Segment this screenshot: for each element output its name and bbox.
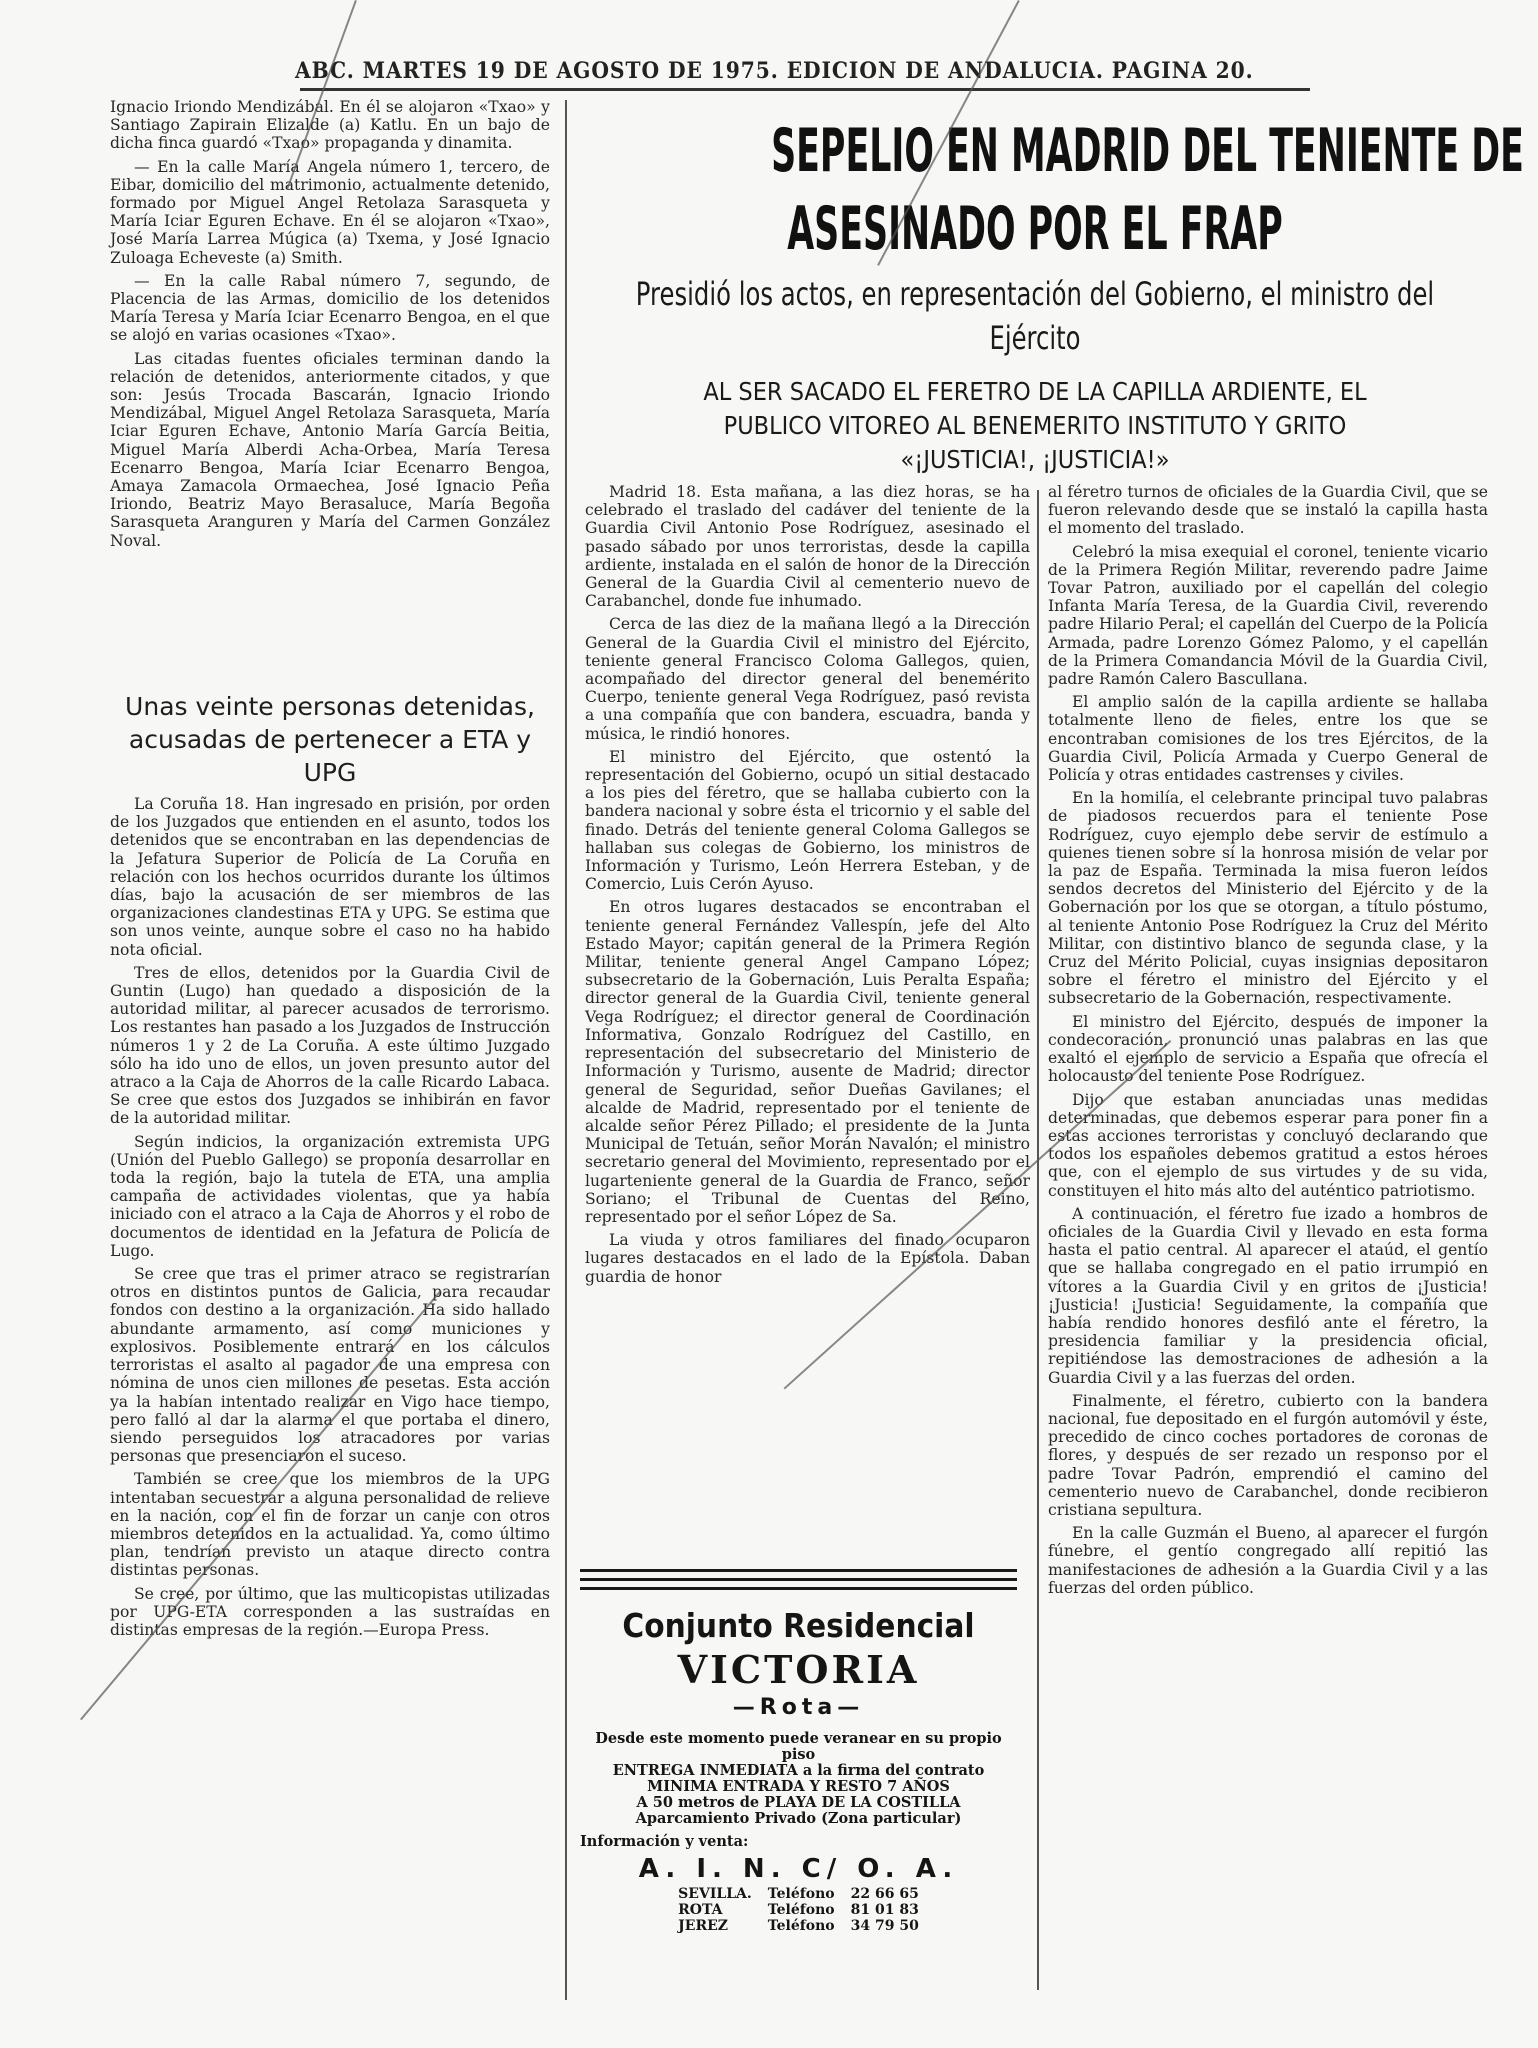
paragraph: Las citadas fuentes oficiales terminan d…: [110, 350, 550, 550]
paragraph: Según indicios, la organización extremis…: [110, 1133, 550, 1260]
ad-border-rules: [580, 1569, 1017, 1596]
paragraph: Se cree que tras el primer atraco se reg…: [110, 1265, 550, 1465]
paragraph: Dijo que estaban anunciadas unas medidas…: [1048, 1091, 1488, 1200]
paragraph: También se cree que los miembros de la U…: [110, 1470, 550, 1579]
contact-phone: 81 01 83: [843, 1902, 927, 1918]
ad-line: Desde este momento puede veranear en su …: [580, 1731, 1017, 1763]
left-column-top: Ignacio Iriondo Mendizábal. En él se alo…: [110, 98, 550, 555]
kicker-line: PUBLICO VITOREO AL BENEMERITO INSTITUTO …: [626, 409, 1445, 443]
ad-line: A 50 metros de PLAYA DE LA COSTILLA: [580, 1795, 1017, 1811]
ad-line: ENTREGA INMEDIATA a la firma del contrat…: [580, 1763, 1017, 1779]
paragraph: La Coruña 18. Han ingresado en prisión, …: [110, 795, 550, 959]
paragraph: El ministro del Ejército, después de imp…: [1048, 1013, 1488, 1086]
paragraph: Finalmente, el féretro, cubierto con la …: [1048, 1392, 1488, 1519]
paragraph: Cerca de las diez de la mañana llegó a l…: [585, 615, 1030, 742]
ad-place: —Rota—: [580, 1693, 1017, 1723]
paragraph: El ministro del Ejército, que ostentó la…: [585, 748, 1030, 894]
paragraph: En otros lugares destacados se encontrab…: [585, 898, 1030, 1226]
kicker-line: «¡JUSTICIA!, ¡JUSTICIA!»: [626, 443, 1445, 477]
column-divider: [565, 100, 567, 2000]
main-article-middle-column: Madrid 18. Esta mañana, a las diez horas…: [585, 483, 1030, 1291]
newspaper-page: ABC. MARTES 19 DE AGOSTO DE 1975. EDICIO…: [0, 0, 1538, 2048]
contact-label: Teléfono: [760, 1886, 843, 1902]
masthead: ABC. MARTES 19 DE AGOSTO DE 1975. EDICIO…: [295, 58, 1233, 84]
kicker-line: AL SER SACADO EL FERETRO DE LA CAPILLA A…: [626, 375, 1445, 409]
paragraph: — En la calle Rabal número 7, segundo, d…: [110, 272, 550, 345]
paragraph: La viuda y otros familiares del finado o…: [585, 1231, 1030, 1286]
contact-phone: 22 66 65: [843, 1886, 927, 1902]
contact-city: ROTA: [670, 1902, 760, 1918]
paragraph: En la calle Guzmán el Bueno, al aparecer…: [1048, 1524, 1488, 1597]
paragraph: — En la calle María Angela número 1, ter…: [110, 158, 550, 267]
contact-label: Teléfono: [760, 1918, 843, 1934]
ad-company: A. I. N. C/ O. A.: [580, 1854, 1017, 1884]
ad-info-label: Información y venta:: [580, 1833, 1017, 1850]
ad-line: MINIMA ENTRADA Y RESTO 7 AÑOS: [580, 1779, 1017, 1795]
headline-line: ASESINADO POR EL FRAP: [771, 190, 1299, 268]
advertisement: Conjunto Residencial VICTORIA —Rota— Des…: [580, 1605, 1017, 1934]
ad-line: Aparcamiento Privado (Zona particular): [580, 1811, 1017, 1827]
ad-contacts: SEVILLA. Teléfono 22 66 65 ROTA Teléfono…: [670, 1886, 927, 1934]
contact-label: Teléfono: [760, 1902, 843, 1918]
headline-line: SEPELIO EN MADRID DEL TENIENTE DE LA GUA…: [771, 112, 1299, 190]
paragraph: Celebró la misa exequial el coronel, ten…: [1048, 543, 1488, 689]
ad-title: Conjunto Residencial: [602, 1605, 995, 1647]
paragraph: al féretro turnos de oficiales de la Gua…: [1048, 483, 1488, 538]
main-headline: SEPELIO EN MADRID DEL TENIENTE DE LA GUA…: [580, 112, 1490, 272]
left-column-bottom: La Coruña 18. Han ingresado en prisión, …: [110, 795, 550, 1644]
paragraph: Ignacio Iriondo Mendizábal. En él se alo…: [110, 98, 550, 153]
paragraph: En la homilía, el celebrante principal t…: [1048, 789, 1488, 1007]
paragraph: A continuación, el féretro fue izado a h…: [1048, 1205, 1488, 1387]
main-article-right-column: al féretro turnos de oficiales de la Gua…: [1048, 483, 1488, 1602]
column-divider: [1037, 490, 1039, 1990]
contact-city: SEVILLA.: [670, 1886, 760, 1902]
masthead-rule: [300, 88, 1310, 91]
ad-name: VICTORIA: [580, 1647, 1017, 1693]
main-subheadline: Presidió los actos, en representación de…: [580, 272, 1490, 360]
main-kicker: AL SER SACADO EL FERETRO DE LA CAPILLA A…: [580, 375, 1490, 477]
contact-city: JEREZ: [670, 1918, 760, 1934]
paragraph: Tres de ellos, detenidos por la Guardia …: [110, 964, 550, 1128]
paragraph: El amplio salón de la capilla ardiente s…: [1048, 693, 1488, 784]
paragraph: Madrid 18. Esta mañana, a las diez horas…: [585, 483, 1030, 610]
contact-row: ROTA Teléfono 81 01 83: [670, 1902, 927, 1918]
contact-row: SEVILLA. Teléfono 22 66 65: [670, 1886, 927, 1902]
contact-row: JEREZ Teléfono 34 79 50: [670, 1918, 927, 1934]
subheadline-text: Presidió los actos, en representación de…: [587, 272, 1484, 360]
paragraph: Se cree, por último, que las multicopist…: [110, 1585, 550, 1640]
left-article-headline: Unas veinte personas detenidas, acusadas…: [110, 690, 550, 789]
contact-phone: 34 79 50: [843, 1918, 927, 1934]
